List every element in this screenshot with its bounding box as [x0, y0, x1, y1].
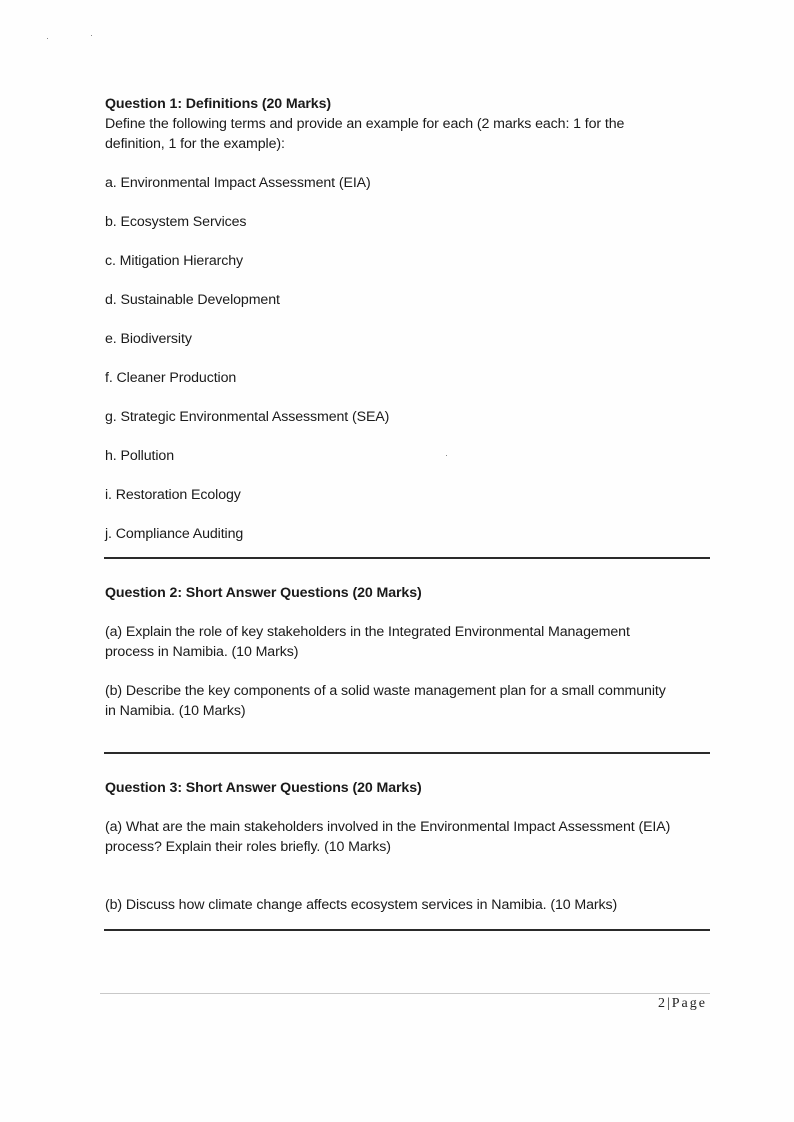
definition-item: a. Environmental Impact Assessment (EIA)	[105, 173, 371, 193]
question-2-title: Question 2: Short Answer Questions (20 M…	[105, 583, 422, 603]
definition-item: d. Sustainable Development	[105, 290, 280, 310]
definition-item: i. Restoration Ecology	[105, 485, 241, 505]
definition-item: e. Biodiversity	[105, 329, 192, 349]
definition-item: h. Pollution	[105, 446, 174, 466]
question-1-instruction: Define the following terms and provide a…	[105, 114, 624, 134]
question-1-title: Question 1: Definitions (20 Marks)	[105, 94, 331, 114]
definition-item: g. Strategic Environmental Assessment (S…	[105, 407, 389, 427]
section-divider	[104, 752, 710, 754]
question-3-part-a-cont: process? Explain their roles briefly. (1…	[105, 837, 391, 857]
footer-divider	[100, 993, 710, 994]
question-2-part-b-cont: in Namibia. (10 Marks)	[105, 701, 246, 721]
question-3-part-b: (b) Discuss how climate change affects e…	[105, 895, 617, 915]
scan-speck	[91, 35, 92, 36]
question-3-title: Question 3: Short Answer Questions (20 M…	[105, 778, 422, 798]
scan-speck	[47, 38, 48, 39]
exam-page: Question 1: Definitions (20 Marks) Defin…	[0, 0, 794, 1122]
question-3-part-a: (a) What are the main stakeholders invol…	[105, 817, 670, 837]
question-2-part-a-cont: process in Namibia. (10 Marks)	[105, 642, 298, 662]
section-divider	[104, 929, 710, 931]
definition-item: f. Cleaner Production	[105, 368, 236, 388]
page-number: 2|Page	[658, 996, 707, 1012]
definition-item: b. Ecosystem Services	[105, 212, 246, 232]
question-1-instruction-cont: definition, 1 for the example):	[105, 134, 285, 154]
scan-speck	[446, 455, 447, 456]
question-2-part-a: (a) Explain the role of key stakeholders…	[105, 622, 630, 642]
section-divider	[104, 557, 710, 559]
question-2-part-b: (b) Describe the key components of a sol…	[105, 681, 666, 701]
definition-item: c. Mitigation Hierarchy	[105, 251, 243, 271]
definition-item: j. Compliance Auditing	[105, 524, 243, 544]
